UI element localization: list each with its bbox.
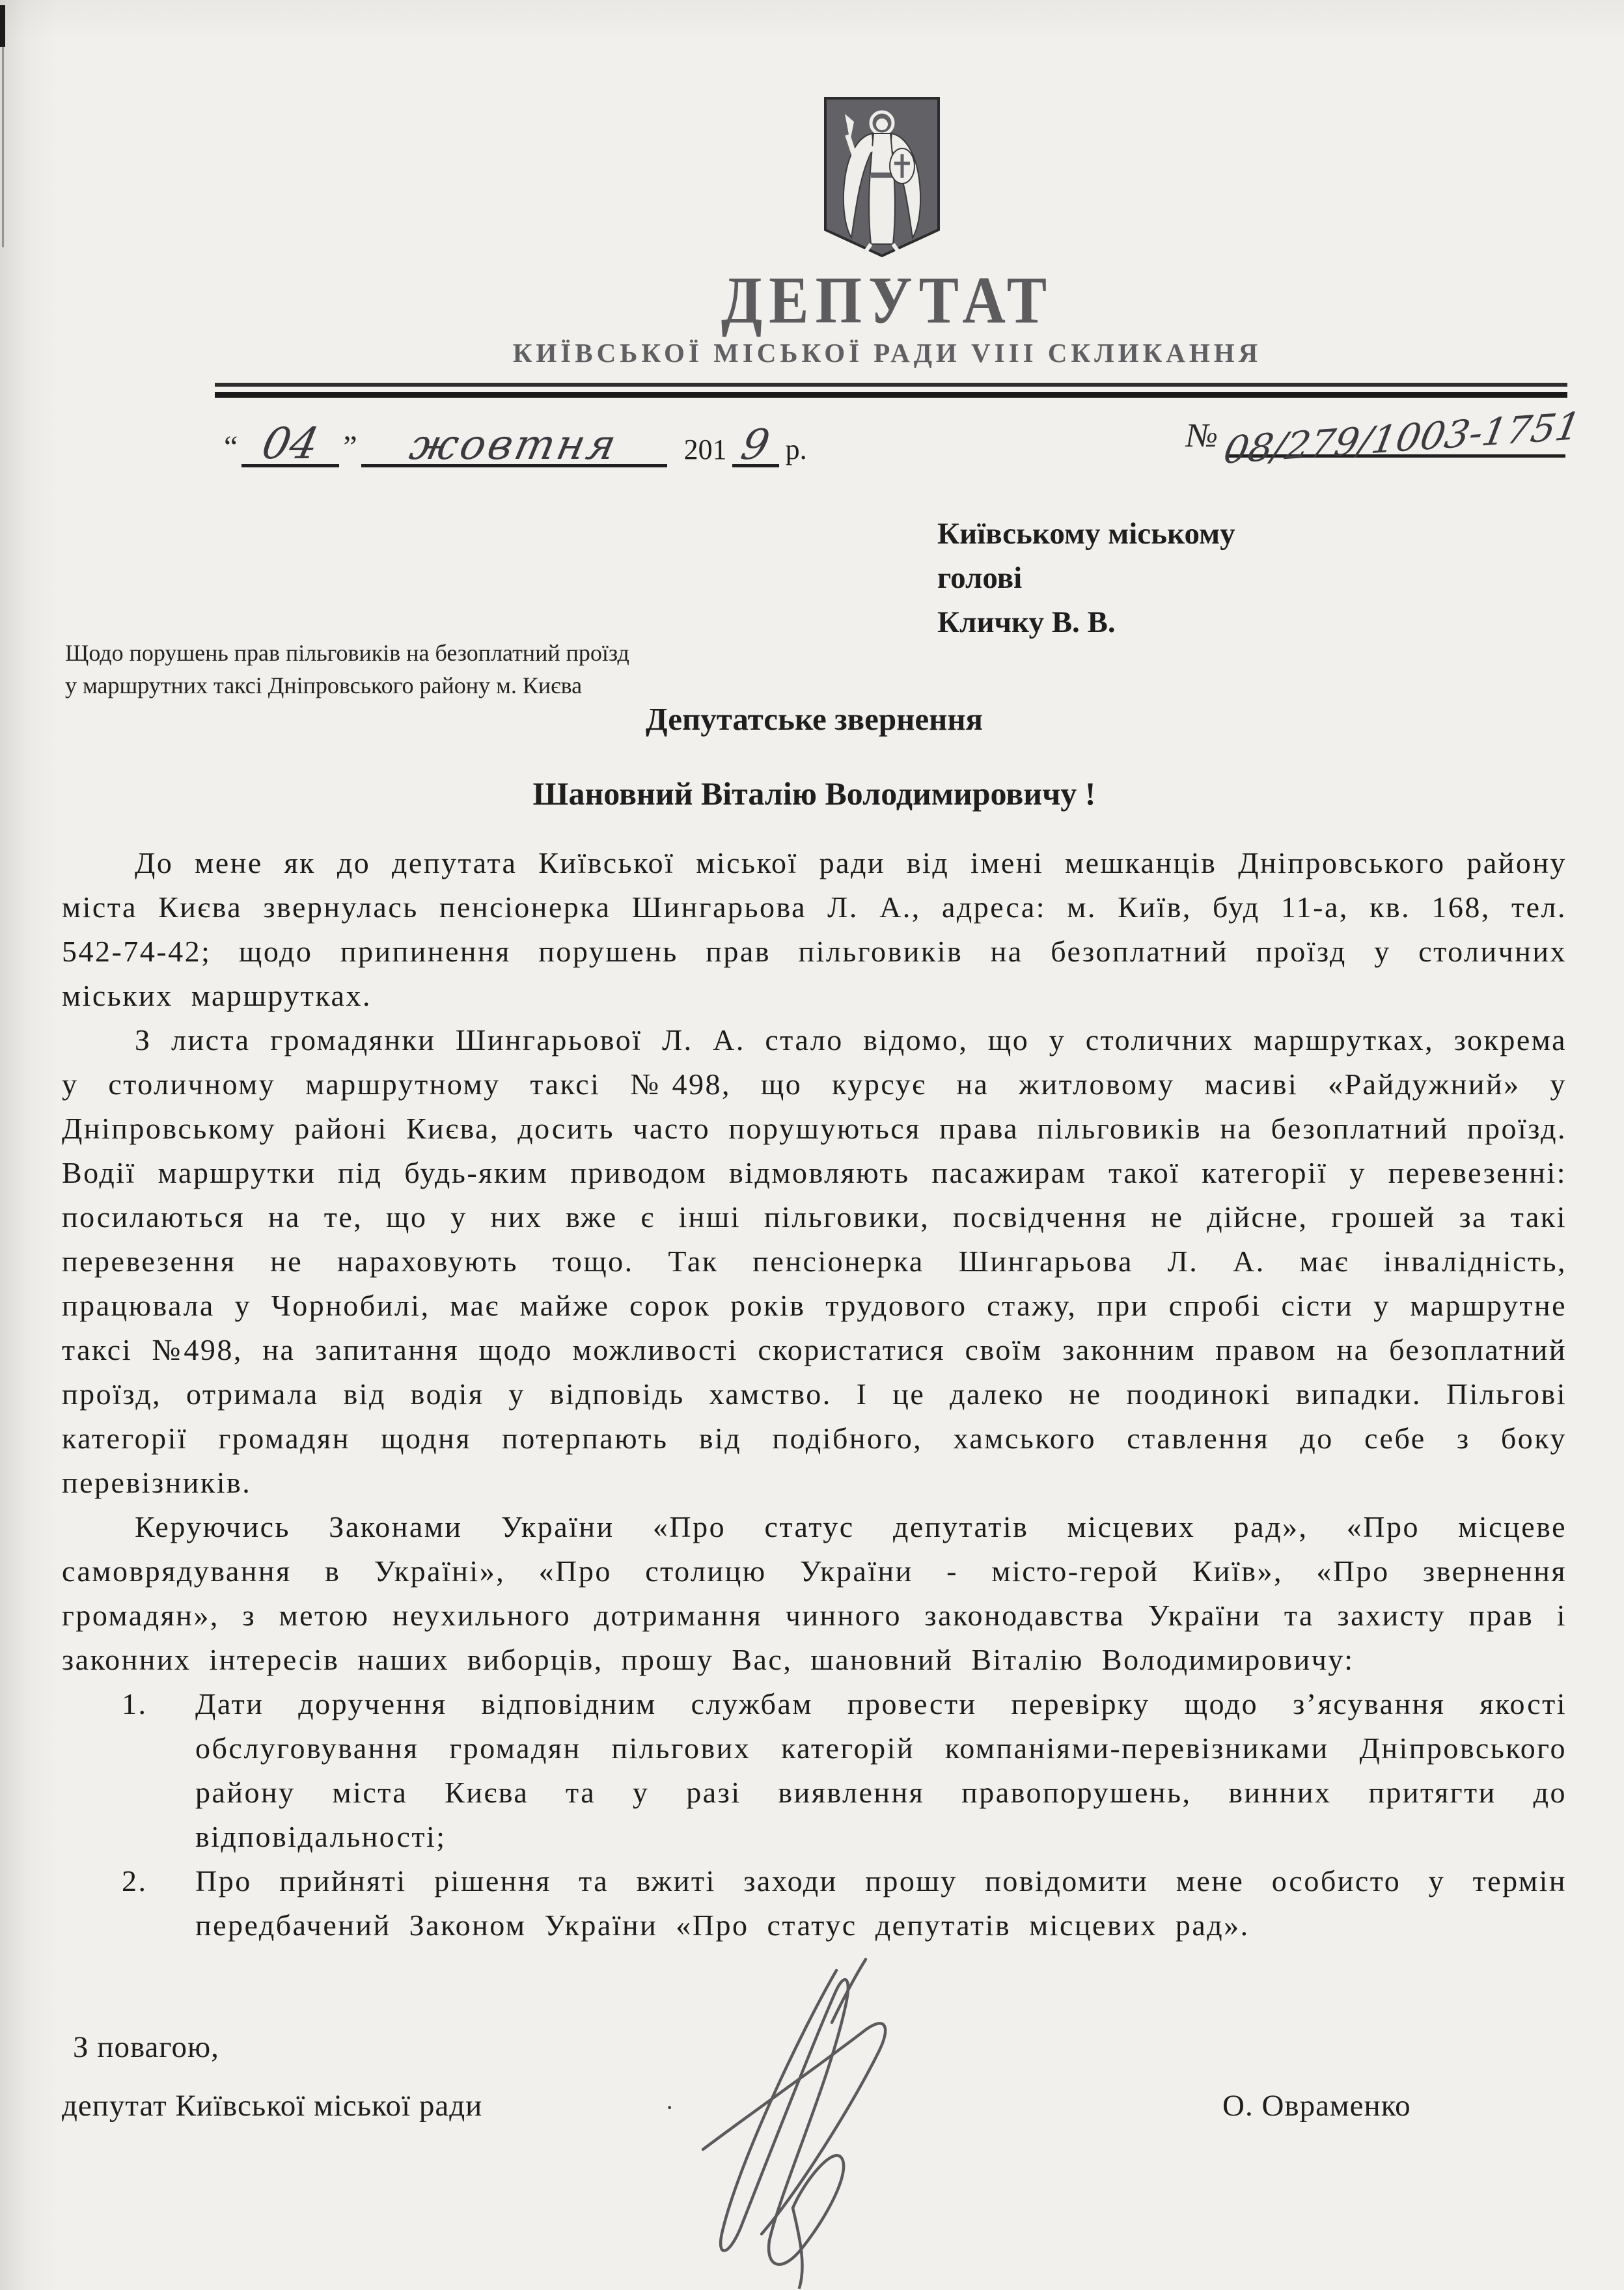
list-item-text: Про прийняті рішення та вжиті заходи про… — [195, 1864, 1567, 1942]
number-blank: 08/279/1003-1751 — [1227, 421, 1565, 458]
subject-block: Щодо порушень прав пільговиків на безопл… — [65, 637, 629, 702]
body-paragraph: До мене як до депутата Київської міської… — [62, 841, 1567, 1018]
letter-body: До мене як до депутата Київської міської… — [62, 841, 1567, 1948]
document-type-heading: Депутатське звернення — [62, 700, 1567, 738]
list-item-text: Дати доручення відповідним службам прове… — [195, 1687, 1567, 1853]
addressee-line: Київському міському — [937, 512, 1235, 556]
date-suffix: р. — [786, 433, 807, 466]
scan-edge-line — [2, 46, 4, 247]
addressee-line: Кличку В. В. — [937, 600, 1235, 644]
body-paragraph: З листа громадянки Шингарьової Л. А. ста… — [62, 1018, 1567, 1505]
letterhead-subtitle: КИЇВСЬКОЇ МІСЬКОЇ РАДИ VIII СКЛИКАННЯ — [62, 337, 1567, 368]
date-day-handwritten: 04 — [259, 424, 322, 463]
date-day-blank: 04 — [241, 424, 339, 467]
subject-line: Щодо порушень прав пільговиків на безопл… — [65, 637, 629, 669]
salutation: Шановний Віталію Володимировичу ! — [62, 775, 1567, 812]
list-item: 1.Дати доручення відповідним службам про… — [62, 1682, 1567, 1859]
date-month-blank: жовтня — [361, 426, 667, 467]
divider-thick-line — [215, 392, 1567, 398]
list-item: 2.Про прийняті рішення та вжиті заходи п… — [62, 1859, 1567, 1948]
divider-thin-line — [215, 383, 1567, 387]
requests-list: 1.Дати доручення відповідним службам про… — [62, 1682, 1567, 1948]
kyiv-coat-of-arms-icon — [821, 96, 943, 258]
date-year-printed: 201 — [684, 433, 727, 466]
closing-position: депутат Київської міської ради — [62, 2088, 482, 2123]
list-item-number: 2. — [122, 1859, 148, 1903]
number-handwritten: 08/279/1003-1751 — [1221, 409, 1583, 467]
date-year-handwritten: 9 — [738, 426, 773, 464]
date-line: “ 04 ” жовтня 201 9 р. — [220, 424, 807, 467]
open-quote: “ — [224, 429, 238, 465]
addressee-block: Київському міському голові Кличку В. В. — [937, 512, 1235, 644]
date-year-blank: 9 — [732, 426, 779, 467]
list-item-number: 1. — [122, 1682, 148, 1726]
close-quote: ” — [343, 429, 357, 465]
subject-line: у маршрутних таксі Дніпровського району … — [65, 669, 629, 702]
number-sign: № — [1186, 417, 1218, 455]
reference-number-line: № 08/279/1003-1751 — [1186, 417, 1565, 458]
letterhead-divider — [215, 383, 1567, 398]
body-paragraph: Керуючись Законами України «Про статус д… — [62, 1505, 1567, 1682]
closing-regards: З повагою, — [73, 2030, 219, 2065]
signer-name: О. Овраменко — [1222, 2088, 1411, 2123]
handwritten-signature — [605, 1954, 983, 2289]
letterhead-title-text: ДЕПУТАТ — [721, 262, 1053, 339]
addressee-line: голові — [937, 556, 1235, 600]
letterhead-subtitle-text: КИЇВСЬКОЇ МІСЬКОЇ РАДИ VIII СКЛИКАННЯ — [513, 337, 1262, 368]
letterhead-title: ДЕПУТАТ — [62, 266, 1567, 335]
date-month-handwritten: жовтня — [407, 426, 622, 464]
scan-edge-mark — [0, 5, 5, 47]
